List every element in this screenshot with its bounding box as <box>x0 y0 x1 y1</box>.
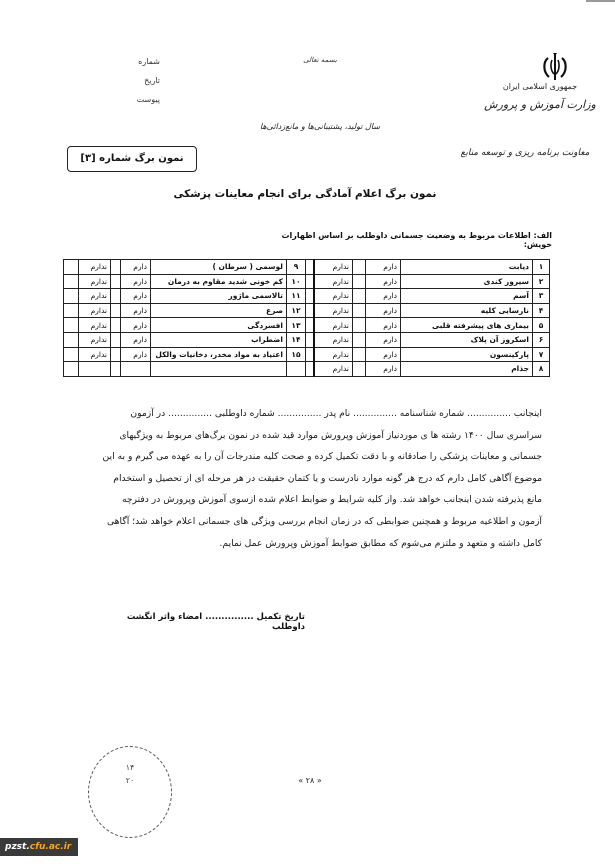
no-option[interactable]: ندارم <box>314 332 353 347</box>
stamp-text: ۱۴ <box>89 761 171 774</box>
no-option[interactable]: ندارم <box>314 318 353 333</box>
condition-name: اعتیاد به مواد مخدر، دخانیات والکل <box>151 347 287 362</box>
yes-option[interactable]: دارم <box>121 347 151 362</box>
ministry-label: وزارت آموزش و پرورش <box>480 98 600 111</box>
declaration-line: جسمانی و معاینات پزشکی را صادقانه و با د… <box>62 446 542 468</box>
yes-option[interactable]: دارم <box>366 347 401 362</box>
official-stamp: ۱۴ ۲۰ <box>88 746 172 838</box>
checkbox-cell[interactable] <box>111 347 121 362</box>
row-number: ۱۵ <box>287 347 306 362</box>
declaration-line: آزمون و اطلاعیه مربوط و همچنین ضوابطی که… <box>62 511 542 533</box>
row-number: ۱۱ <box>287 289 306 304</box>
condition-name: تالاسمی ماژور <box>151 289 287 304</box>
section-a-heading: الف: اطلاعات مربوط به وضعیت جسمانی داوطل… <box>270 231 552 249</box>
yes-option[interactable]: دارم <box>366 289 401 304</box>
signature-line: تاریخ تکمیل ............... امضاء واثر ا… <box>95 612 305 632</box>
no-option[interactable]: ندارم <box>79 289 111 304</box>
row-number: ۷ <box>533 347 550 362</box>
table-row: ندارمدارمصرع۱۲ندارمدارمنارسایی کلیه۴ <box>64 303 550 318</box>
condition-name: نارسایی کلیه <box>401 303 533 318</box>
checkbox-cell[interactable] <box>353 332 366 347</box>
no-option[interactable]: ندارم <box>79 332 111 347</box>
table-row: ندارمدارمافسردگی۱۳ندارمدارمبیماری های پی… <box>64 318 550 333</box>
no-option[interactable]: ندارم <box>79 303 111 318</box>
row-number: ۱۴ <box>287 332 306 347</box>
row-number: ۸ <box>533 362 550 377</box>
condition-name: کم خونی شدید مقاوم به درمان <box>151 274 287 289</box>
no-option[interactable]: ندارم <box>79 318 111 333</box>
condition-name: پارکینسون <box>401 347 533 362</box>
declaration-line: موضوع آگاهی کامل دارم که درج هر گونه موا… <box>62 468 542 490</box>
no-option[interactable]: ندارم <box>79 274 111 289</box>
number-label: شماره <box>100 52 160 71</box>
date-label: تاریخ <box>100 71 160 90</box>
stamp-text: ۲۰ <box>89 774 171 787</box>
checkbox-cell[interactable] <box>111 362 121 377</box>
condition-name: سیرور کندی <box>401 274 533 289</box>
table-row: ندارمدارماضطراب۱۴ندارمدارماسکروز آن پلاک… <box>64 332 550 347</box>
row-number: ۱ <box>533 260 550 275</box>
table-row: ندارمدارماعتیاد به مواد مخدر، دخانیات وا… <box>64 347 550 362</box>
checkbox-cell[interactable] <box>64 274 79 289</box>
no-option[interactable]: ندارم <box>314 289 353 304</box>
checkbox-cell[interactable] <box>64 303 79 318</box>
checkbox-cell[interactable] <box>353 318 366 333</box>
checkbox-cell[interactable] <box>64 318 79 333</box>
condition-name: اضطراب <box>151 332 287 347</box>
no-option[interactable]: ندارم <box>314 274 353 289</box>
watermark: pzst.cfu.ac.ir <box>0 838 78 856</box>
yes-option[interactable]: دارم <box>121 260 151 275</box>
yes-option[interactable]: دارم <box>121 289 151 304</box>
bismillah: بسمه تعالی <box>300 56 340 64</box>
yes-option[interactable]: دارم <box>366 274 401 289</box>
conditions-table: ندارمدارملوسمی ( سرطان )۹ندارمدارمدیابت۱… <box>63 259 550 377</box>
checkbox-cell[interactable] <box>111 260 121 275</box>
no-option[interactable]: ندارم <box>314 362 353 377</box>
row-number: ۱۰ <box>287 274 306 289</box>
checkbox-cell[interactable] <box>306 260 314 275</box>
condition-name: صرع <box>151 303 287 318</box>
row-number: ۱۳ <box>287 318 306 333</box>
checkbox-cell[interactable] <box>353 260 366 275</box>
row-number: ۱۲ <box>287 303 306 318</box>
deputy-label: معاونت برنامه ریزی و توسعه منابع <box>450 148 600 158</box>
yes-option[interactable]: دارم <box>121 318 151 333</box>
declaration-paragraph: اینجانب ............... شماره شناسنامه .… <box>62 403 542 554</box>
year-motto: سال تولید، پشتیبانی‌ها و مانع‌زدائی‌ها <box>240 122 400 131</box>
declaration-line: کامل داشته و متعهد و ملتزم می‌شوم که مطا… <box>62 533 542 555</box>
checkbox-cell[interactable] <box>64 260 79 275</box>
table-row: ندارمدارمجذام۸ <box>64 362 550 377</box>
yes-option[interactable]: دارم <box>121 274 151 289</box>
page-title: نمون برگ اعلام آمادگی برای انجام معاینات… <box>150 188 460 200</box>
checkbox-cell[interactable] <box>306 303 314 318</box>
yes-option[interactable]: دارم <box>366 318 401 333</box>
yes-option[interactable]: دارم <box>366 332 401 347</box>
checkbox-cell[interactable] <box>111 274 121 289</box>
row-number <box>287 362 306 377</box>
checkbox-cell[interactable] <box>111 318 121 333</box>
row-number: ۵ <box>533 318 550 333</box>
checkbox-cell[interactable] <box>306 332 314 347</box>
no-option[interactable]: ندارم <box>314 260 353 275</box>
condition-name: اسکروز آن پلاک <box>401 332 533 347</box>
condition-name: افسردگی <box>151 318 287 333</box>
condition-name <box>151 362 287 377</box>
row-number: ۴ <box>533 303 550 318</box>
form-number-box: نمون برگ شماره [۳] <box>67 146 197 172</box>
row-number: ۳ <box>533 289 550 304</box>
page-number: « ۲۸ » <box>290 776 330 785</box>
checkbox-cell[interactable] <box>353 289 366 304</box>
iran-emblem-icon <box>540 52 570 84</box>
table-row: ندارمدارمکم خونی شدید مقاوم به درمان۱۰ند… <box>64 274 550 289</box>
yes-option[interactable]: دارم <box>366 303 401 318</box>
no-option[interactable] <box>79 362 111 377</box>
declaration-line: مانع پذیرفته شدن اینجانب خواهد شد. واز ک… <box>62 489 542 511</box>
row-number: ۶ <box>533 332 550 347</box>
yes-option[interactable]: دارم <box>121 332 151 347</box>
yes-option[interactable]: دارم <box>121 303 151 318</box>
table-row: ندارمدارملوسمی ( سرطان )۹ندارمدارمدیابت۱ <box>64 260 550 275</box>
letter-meta: شماره تاریخ پیوست <box>100 52 160 109</box>
no-option[interactable]: ندارم <box>79 347 111 362</box>
checkbox-cell[interactable] <box>306 274 314 289</box>
checkbox-cell[interactable] <box>353 303 366 318</box>
condition-name: دیابت <box>401 260 533 275</box>
checkbox-cell[interactable] <box>64 332 79 347</box>
condition-name: آسم <box>401 289 533 304</box>
no-option[interactable]: ندارم <box>79 260 111 275</box>
checkbox-cell[interactable] <box>306 347 314 362</box>
declaration-line: سراسری سال ۱۴۰۰ رشته ها ی موردنیاز آموزش… <box>62 425 542 447</box>
condition-name: جذام <box>401 362 533 377</box>
checkbox-cell[interactable] <box>111 289 121 304</box>
declaration-line: اینجانب ............... شماره شناسنامه .… <box>62 403 542 425</box>
checkbox-cell[interactable] <box>111 332 121 347</box>
checkbox-cell[interactable] <box>64 347 79 362</box>
checkbox-cell[interactable] <box>353 274 366 289</box>
checkbox-cell[interactable] <box>111 303 121 318</box>
checkbox-cell[interactable] <box>64 362 79 377</box>
row-number: ۲ <box>533 274 550 289</box>
checkbox-cell[interactable] <box>306 318 314 333</box>
condition-name: بیماری های پیشرفته قلبی <box>401 318 533 333</box>
checkbox-cell[interactable] <box>353 362 366 377</box>
attachment-label: پیوست <box>100 90 160 109</box>
checkbox-cell[interactable] <box>306 362 314 377</box>
scan-edge-mark <box>586 0 615 2</box>
yes-option[interactable]: دارم <box>366 260 401 275</box>
condition-name: لوسمی ( سرطان ) <box>151 260 287 275</box>
checkbox-cell[interactable] <box>64 289 79 304</box>
watermark-prefix: pzst. <box>5 842 30 852</box>
republic-label: جمهوری اسلامی ایران <box>485 82 595 91</box>
checkbox-cell[interactable] <box>353 347 366 362</box>
checkbox-cell[interactable] <box>306 289 314 304</box>
yes-option[interactable]: دارم <box>366 362 401 377</box>
no-option[interactable]: ندارم <box>314 303 353 318</box>
yes-option[interactable] <box>121 362 151 377</box>
table-row: ندارمدارمتالاسمی ماژور۱۱ندارمدارمآسم۳ <box>64 289 550 304</box>
watermark-domain: cfu.ac.ir <box>30 842 71 852</box>
row-number: ۹ <box>287 260 306 275</box>
no-option[interactable]: ندارم <box>314 347 353 362</box>
